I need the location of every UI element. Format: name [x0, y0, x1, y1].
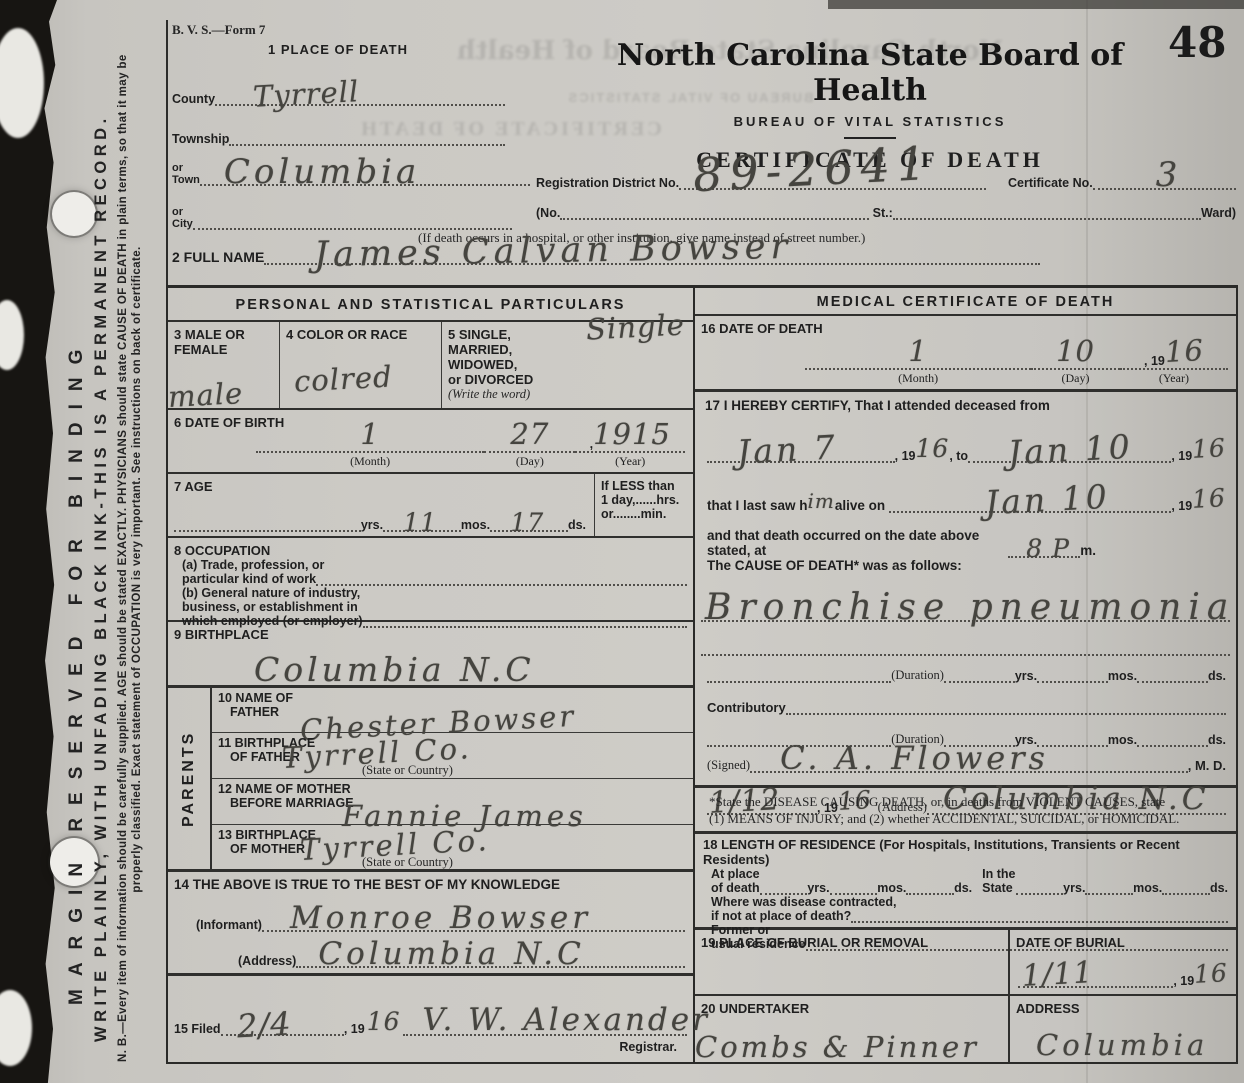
burial-date-value: 1/11 — [1021, 955, 1094, 994]
street-no-blank — [560, 218, 868, 220]
state-or-country-note: (State or Country) — [362, 763, 453, 778]
margin-nb-line1: N. B.—Every item of information should b… — [116, 77, 130, 1062]
death-time-value: 8 P — [1026, 534, 1070, 563]
race-label: 4 COLOR OR RACE — [286, 327, 435, 342]
father-birthplace-field: 11 BIRTHPLACEOF FATHER Tyrrell Co. (Stat… — [212, 733, 693, 779]
dob-month-value: 1 — [360, 417, 379, 451]
certificate-number-label: Certificate No. — [1008, 176, 1093, 190]
registration-district-field: Registration District No. 89-2641 — [536, 176, 986, 190]
dob-year-value: 1915 — [593, 417, 671, 451]
undertaker-address-value: Columbia — [1036, 1028, 1208, 1062]
cause-line-2 — [701, 654, 1230, 656]
township-label: Township — [172, 132, 229, 146]
length-of-residence-section: 18 LENGTH OF RESIDENCE (For Hospitals, I… — [695, 834, 1236, 930]
last-saw-alive-line: that I last saw h im alive on Jan 10 , 1… — [707, 484, 1226, 513]
age-row: 7 AGE yrs. 11 mos. 17 ds. If LESS than1 … — [168, 474, 693, 538]
age-label: 7 AGE — [174, 479, 588, 494]
dod-month-value: 1 — [908, 334, 927, 368]
cause-footnote: *State the DISEASE CAUSING DEATH, or, in… — [695, 788, 1236, 834]
undertaker-field: 20 UNDERTAKER Combs & Pinner — [695, 996, 1010, 1062]
certification-section: 17 I HEREBY CERTIFY, That I attended dec… — [695, 392, 1236, 788]
race-field: 4 COLOR OR RACE colred — [280, 322, 442, 408]
form-left-border — [166, 20, 168, 288]
burial-date-label: DATE OF BURIAL — [1016, 935, 1230, 950]
filed-year-value: 16 — [367, 1007, 401, 1036]
filed-section: 15 Filed 2/4 , 19 16 V. W. Alexander Reg… — [168, 976, 693, 1062]
occupation-field: 8 OCCUPATION (a) Trade, profession, or p… — [168, 538, 693, 622]
full-name-field: 2 FULL NAME James Calvan Bowser — [172, 250, 1040, 265]
undertaker-address-field: ADDRESS Columbia — [1010, 996, 1236, 1062]
undertaker-row: 20 UNDERTAKER Combs & Pinner ADDRESS Col… — [695, 996, 1236, 1062]
bureau-subtitle: BUREAU OF VITAL STATISTICS — [598, 114, 1142, 129]
undertaker-label: 20 UNDERTAKER — [701, 1001, 1002, 1016]
race-value: colred — [293, 359, 393, 398]
township-blank — [229, 144, 505, 146]
dob-dateline: 1(Month) 27(Day) ,1915(Year) — [256, 417, 685, 469]
sex-field: 3 MALE ORFEMALE male — [168, 322, 280, 408]
page-top-edge — [828, 0, 1244, 9]
margin-nb-note: N. B.—Every item of information should b… — [116, 77, 144, 1062]
full-name-value: James Calvan Bowser — [314, 227, 793, 275]
marital-value: Single — [585, 307, 685, 346]
street-field: (No. St.: Ward) — [536, 206, 1236, 220]
dod-year-value: 16 — [1164, 333, 1205, 369]
death-time-line: and that death occurred on the date abov… — [707, 528, 1096, 558]
parents-rows: 10 NAME OFFATHER Chester Bowser 11 BIRTH… — [212, 688, 693, 869]
parents-label-cell: PARENTS — [168, 688, 212, 869]
duration-line-1: (Duration) yrs. mos. ds. — [707, 668, 1226, 683]
cause-of-death-value: Bronchise pneumonia — [705, 587, 1235, 628]
sex-value: male — [167, 376, 244, 414]
registration-district-label: Registration District No. — [536, 176, 679, 190]
age-days-value: 17 — [510, 508, 544, 537]
certificate-number-field: Certificate No. 3 — [1008, 176, 1236, 190]
informant-line: (Informant) Monroe Bowser — [196, 918, 685, 932]
burial-row: 19 PLACE OF BURIAL OR REMOVAL DATE OF BU… — [695, 930, 1236, 996]
punch-hole — [52, 192, 96, 236]
sex-race-marital-row: 3 MALE ORFEMALE male 4 COLOR OR RACE col… — [168, 322, 693, 410]
attended-to-year: 16 — [1191, 433, 1226, 464]
mother-name-field: 12 NAME OF MOTHERBEFORE MARRIAGE Fannie … — [212, 779, 693, 825]
board-of-health-title: North Carolina State Board of Health — [598, 38, 1142, 108]
residence-duration-line: At placeof death yrs. mos. ds. In theSta… — [711, 867, 1228, 895]
filed-label: 15 Filed — [174, 1022, 221, 1036]
date-of-birth-field: 6 DATE OF BIRTH 1(Month) 27(Day) ,1915(Y… — [168, 410, 693, 474]
death-certificate-scan: North Carolina State Board of Health BUR… — [0, 0, 1244, 1083]
informant-label: (Informant) — [196, 918, 262, 932]
age-less-than-day-field: If LESS than1 day,......hrs.or........mi… — [594, 474, 693, 536]
cause-of-death-label: The CAUSE OF DEATH* was as follows: — [707, 558, 962, 573]
form-body: PERSONAL AND STATISTICAL PARTICULARS 3 M… — [166, 285, 1238, 1064]
certificate-number-value: 3 — [1156, 155, 1179, 195]
attended-dates-line: Jan 7 , 19 16 , to Jan 10 , 19 16 — [707, 434, 1226, 463]
undertaker-address-label: ADDRESS — [1016, 1001, 1230, 1016]
parents-label: PARENTS — [168, 688, 210, 869]
birthplace-value: Columbia N.C — [254, 650, 535, 689]
medical-certificate-column: MEDICAL CERTIFICATE OF DEATH 16 DATE OF … — [695, 288, 1236, 1062]
street-blank — [893, 218, 1201, 220]
mother-birthplace-field: 13 BIRTHPLACEOF MOTHER Tyrrell Co. (Stat… — [212, 825, 693, 870]
county-value: Tyrrell — [252, 74, 360, 114]
township-field: Township — [172, 132, 505, 146]
father-name-field: 10 NAME OFFATHER Chester Bowser — [212, 688, 693, 733]
parents-section: PARENTS 10 NAME OFFATHER Chester Bowser … — [168, 688, 693, 872]
marital-note: (Write the word) — [448, 387, 687, 402]
informant-value: Monroe Bowser — [290, 900, 591, 936]
street-label: St.: — [873, 206, 893, 220]
margin-binding-note: MARGIN RESERVED FOR BINDING — [66, 337, 88, 1005]
burial-date-line: 1/11 , 19 16 — [1018, 959, 1228, 988]
burial-label: 19 PLACE OF BURIAL OR REMOVAL — [701, 935, 1002, 950]
registration-district-value: 89-2641 — [692, 136, 935, 202]
town-value: Columbia — [224, 152, 420, 192]
age-months-value: 11 — [403, 508, 437, 537]
county-field: County Tyrrell — [172, 92, 505, 106]
date-of-burial-field: DATE OF BURIAL 1/11 , 19 16 — [1010, 930, 1236, 994]
occupation-label: 8 OCCUPATION — [174, 543, 687, 558]
dod-day-value: 10 — [1056, 334, 1095, 368]
last-saw-year: 16 — [1191, 483, 1226, 514]
informant-section: 14 THE ABOVE IS TRUE TO THE BEST OF MY K… — [168, 872, 693, 976]
informant-address-label: (Address) — [238, 954, 296, 968]
county-label: County — [172, 92, 215, 106]
dob-day-value: 27 — [510, 417, 549, 451]
marital-field: 5 SINGLE,MARRIED,WIDOWED,or DIVORCED (Wr… — [442, 322, 693, 408]
last-saw-pronoun: im — [808, 489, 835, 513]
city-field: orCity — [172, 206, 512, 230]
form-number: B. V. S.—Form 7 — [172, 22, 265, 38]
margin-write-plainly-note: WRITE PLAINLY, WITH UNFADING BLACK INK-T… — [92, 114, 111, 1042]
signed-line: (Signed) C. A. Flowers , M. D. — [707, 758, 1226, 773]
place-of-death-label: 1 PLACE OF DEATH — [268, 42, 408, 57]
age-line: yrs. 11 mos. 17 ds. — [174, 518, 586, 532]
registrar-signature: V. W. Alexander — [423, 1002, 710, 1038]
city-label: orCity — [172, 206, 193, 230]
ward-label: Ward) — [1201, 206, 1236, 220]
margin-nb-line2: properly classified. Exact statement of … — [130, 77, 144, 1062]
filed-date-value: 2/4 — [236, 1005, 292, 1046]
filed-line: 15 Filed 2/4 , 19 16 V. W. Alexander — [174, 1007, 687, 1036]
personal-particulars-column: PERSONAL AND STATISTICAL PARTICULARS 3 M… — [168, 288, 695, 1062]
contributory-line: Contributory — [707, 700, 1226, 715]
residence-label: 18 LENGTH OF RESIDENCE (For Hospitals, I… — [703, 837, 1228, 867]
age-field: 7 AGE yrs. 11 mos. 17 ds. — [168, 474, 594, 536]
medical-section-title: MEDICAL CERTIFICATE OF DEATH — [695, 288, 1236, 316]
last-saw-date-value: Jan 10 — [984, 477, 1111, 522]
date-of-death-field: 16 DATE OF DEATH 1(Month) 10(Day) , 1916… — [695, 316, 1236, 392]
informant-address-line: (Address) Columbia N.C — [238, 954, 685, 968]
torn-paper-edge — [0, 0, 57, 1083]
attended-from-value: Jan 7 — [736, 427, 839, 471]
contributory-label: Contributory — [707, 700, 786, 715]
birthplace-label: 9 BIRTHPLACE — [174, 627, 687, 642]
informant-section-title: 14 THE ABOVE IS TRUE TO THE BEST OF MY K… — [174, 877, 687, 892]
full-name-label: 2 FULL NAME — [172, 250, 264, 265]
burial-year-value: 16 — [1193, 958, 1228, 989]
street-no-label: (No. — [536, 206, 560, 220]
undertaker-value: Combs & Pinner — [695, 1030, 979, 1064]
signed-label: (Signed) — [707, 758, 750, 773]
certify-label: 17 I HEREBY CERTIFY, That I attended dec… — [705, 398, 1050, 413]
attended-from-year: 16 — [916, 434, 950, 463]
birthplace-field: 9 BIRTHPLACE Columbia N.C — [168, 622, 693, 688]
attended-to-value: Jan 10 — [1007, 427, 1134, 472]
town-label: orTown — [172, 162, 200, 186]
state-or-country-note: (State or Country) — [362, 855, 453, 870]
cause-line: Bronchise pneumonia — [701, 620, 1230, 622]
informant-address-value: Columbia N.C — [318, 936, 584, 972]
dod-dateline: 1(Month) 10(Day) , 1916(Year) — [805, 334, 1228, 386]
town-field: orTown Columbia — [172, 162, 530, 186]
place-of-burial-field: 19 PLACE OF BURIAL OR REMOVAL — [695, 930, 1010, 994]
physician-signature: C. A. Flowers — [780, 739, 1049, 777]
page-number: 48 — [1168, 18, 1226, 67]
